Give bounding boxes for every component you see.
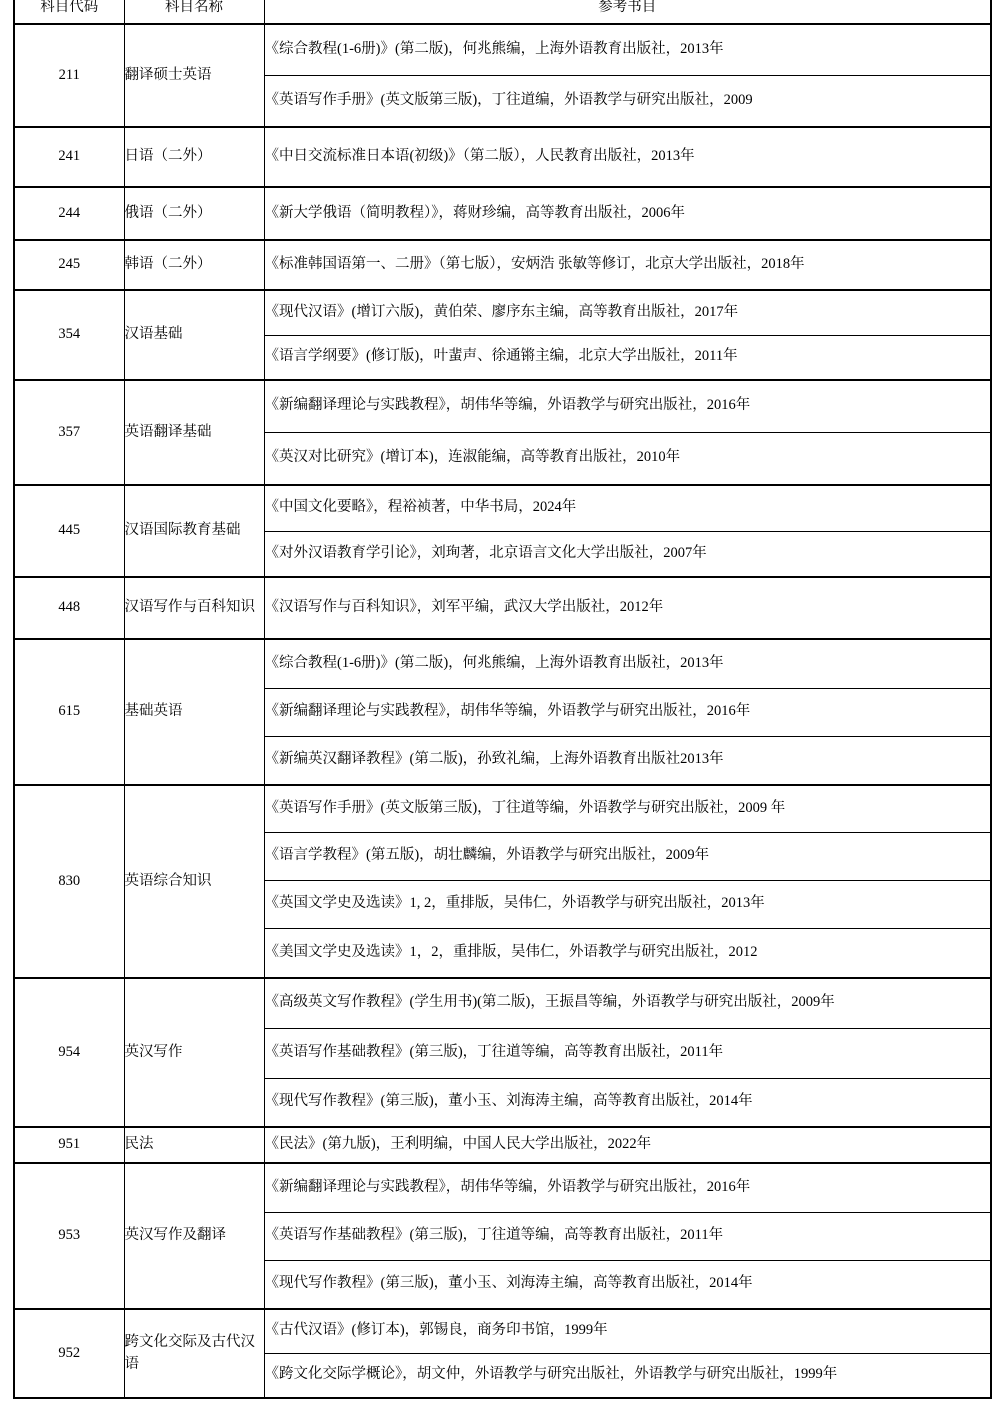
subject-name-cell: 英语综合知识 [124, 785, 264, 978]
subject-row: 211翻译硕士英语《综合教程(1-6册)》(第二版)，何兆熊编，上海外语教育出版… [14, 24, 991, 75]
subject-code-cell: 445 [14, 485, 124, 577]
subject-code-cell: 241 [14, 127, 124, 187]
page: 科目代码 科目名称 参考书目 211翻译硕士英语《综合教程(1-6册)》(第二版… [0, 0, 1004, 1408]
subject-row: 951民法《民法》(第九版)，王利明编，中国人民大学出版社，2022年 [14, 1127, 991, 1163]
col-header-subject-code: 科目代码 [14, 0, 124, 24]
subject-name-cell: 英语翻译基础 [124, 380, 264, 485]
book-reference-cell: 《新编翻译理论与实践教程》，胡伟华等编，外语教学与研究出版社，2016年 [264, 1163, 991, 1212]
subject-code-cell: 244 [14, 187, 124, 240]
subject-name-cell: 日语（二外） [124, 127, 264, 187]
book-reference-cell: 《新编英汉翻译教程》(第二版)，孙致礼编，上海外语教育出版社2013年 [264, 736, 991, 785]
subject-code-cell: 615 [14, 639, 124, 785]
book-reference-cell: 《综合教程(1-6册)》(第二版)，何兆熊编，上海外语教育出版社，2013年 [264, 24, 991, 75]
subject-row: 954英汉写作《高级英文写作教程》(学生用书)(第二版)，王振昌等编，外语教学与… [14, 978, 991, 1028]
subject-row: 445汉语国际教育基础《中国文化要略》，程裕祯著，中华书局，2024年 [14, 485, 991, 531]
subject-code-cell: 354 [14, 290, 124, 380]
subject-code-cell: 211 [14, 24, 124, 127]
col-header-reference-books: 参考书目 [264, 0, 991, 24]
subject-code-cell: 830 [14, 785, 124, 978]
book-reference-cell: 《新编翻译理论与实践教程》，胡伟华等编，外语教学与研究出版社，2016年 [264, 688, 991, 736]
subject-name-cell: 俄语（二外） [124, 187, 264, 240]
table-header-row: 科目代码 科目名称 参考书目 [14, 0, 991, 24]
book-reference-cell: 《跨文化交际学概论》，胡文仲，外语教学与研究出版社，外语教学与研究出版社，199… [264, 1353, 991, 1398]
subject-row: 244俄语（二外）《新大学俄语（简明教程）》，蒋财珍编，高等教育出版社，2006… [14, 187, 991, 240]
book-reference-cell: 《汉语写作与百科知识》，刘军平编，武汉大学出版社，2012年 [264, 577, 991, 639]
subject-row: 615基础英语《综合教程(1-6册)》(第二版)，何兆熊编，上海外语教育出版社，… [14, 639, 991, 688]
book-reference-cell: 《中国文化要略》，程裕祯著，中华书局，2024年 [264, 485, 991, 531]
subject-name-cell: 民法 [124, 1127, 264, 1163]
book-reference-cell: 《语言学纲要》(修订版)，叶蜚声、徐通锵主编，北京大学出版社，2011年 [264, 335, 991, 380]
subject-name-cell: 汉语写作与百科知识 [124, 577, 264, 639]
book-reference-cell: 《古代汉语》(修订本)，郭锡良，商务印书馆，1999年 [264, 1309, 991, 1353]
subject-name-cell: 英汉写作及翻译 [124, 1163, 264, 1309]
book-reference-cell: 《现代汉语》(增订六版)，黄伯荣、廖序东主编，高等教育出版社，2017年 [264, 290, 991, 335]
book-reference-cell: 《英汉对比研究》(增订本)，连淑能编，高等教育出版社，2010年 [264, 432, 991, 485]
subject-name-cell: 汉语基础 [124, 290, 264, 380]
subject-code-cell: 245 [14, 240, 124, 290]
book-reference-cell: 《英语写作手册》(英文版第三版)，丁往道等编，外语教学与研究出版社，2009 年 [264, 785, 991, 832]
col-header-subject-name: 科目名称 [124, 0, 264, 24]
subject-name-cell: 翻译硕士英语 [124, 24, 264, 127]
subject-row: 241日语（二外）《中日交流标准日本语(初级)》（第二版），人民教育出版社，20… [14, 127, 991, 187]
book-reference-cell: 《中日交流标准日本语(初级)》（第二版），人民教育出版社，2013年 [264, 127, 991, 187]
book-reference-cell: 《英语写作手册》(英文版第三版)，丁往道编，外语教学与研究出版社，2009 [264, 75, 991, 127]
book-reference-cell: 《标准韩国语第一、二册》（第七版），安炳浩 张敏等修订，北京大学出版社，2018… [264, 240, 991, 290]
book-reference-cell: 《新编翻译理论与实践教程》，胡伟华等编，外语教学与研究出版社，2016年 [264, 380, 991, 432]
subject-name-cell: 跨文化交际及古代汉语 [124, 1309, 264, 1398]
book-reference-cell: 《美国文学史及选读》1，2，重排版，吴伟仁，外语教学与研究出版社，2012 [264, 928, 991, 978]
book-reference-cell: 《语言学教程》(第五版)，胡壮麟编，外语教学与研究出版社，2009年 [264, 832, 991, 880]
book-reference-cell: 《高级英文写作教程》(学生用书)(第二版)，王振昌等编，外语教学与研究出版社，2… [264, 978, 991, 1028]
book-reference-cell: 《对外汉语教育学引论》，刘珣著，北京语言文化大学出版社，2007年 [264, 531, 991, 577]
subject-row: 357英语翻译基础《新编翻译理论与实践教程》，胡伟华等编，外语教学与研究出版社，… [14, 380, 991, 432]
book-reference-cell: 《民法》(第九版)，王利明编，中国人民大学出版社，2022年 [264, 1127, 991, 1163]
subject-code-cell: 952 [14, 1309, 124, 1398]
subject-row: 245韩语（二外）《标准韩国语第一、二册》（第七版），安炳浩 张敏等修订，北京大… [14, 240, 991, 290]
reference-books-table: 科目代码 科目名称 参考书目 211翻译硕士英语《综合教程(1-6册)》(第二版… [13, 0, 992, 1399]
book-reference-cell: 《现代写作教程》(第三版)，董小玉、刘海涛主编，高等教育出版社，2014年 [264, 1078, 991, 1127]
book-reference-cell: 《综合教程(1-6册)》(第二版)，何兆熊编，上海外语教育出版社，2013年 [264, 639, 991, 688]
book-reference-cell: 《新大学俄语（简明教程）》，蒋财珍编，高等教育出版社，2006年 [264, 187, 991, 240]
book-reference-cell: 《英国文学史及选读》1, 2，重排版，吴伟仁，外语教学与研究出版社，2013年 [264, 880, 991, 928]
subject-name-cell: 韩语（二外） [124, 240, 264, 290]
subject-row: 952跨文化交际及古代汉语《古代汉语》(修订本)，郭锡良，商务印书馆，1999年 [14, 1309, 991, 1353]
subject-code-cell: 448 [14, 577, 124, 639]
subject-row: 354汉语基础《现代汉语》(增订六版)，黄伯荣、廖序东主编，高等教育出版社，20… [14, 290, 991, 335]
subject-code-cell: 954 [14, 978, 124, 1127]
subject-code-cell: 357 [14, 380, 124, 485]
book-reference-cell: 《英语写作基础教程》(第三版)，丁往道等编，高等教育出版社，2011年 [264, 1028, 991, 1078]
subject-row: 953英汉写作及翻译《新编翻译理论与实践教程》，胡伟华等编，外语教学与研究出版社… [14, 1163, 991, 1212]
subject-name-cell: 基础英语 [124, 639, 264, 785]
subject-name-cell: 英汉写作 [124, 978, 264, 1127]
subject-code-cell: 953 [14, 1163, 124, 1309]
subject-row: 830英语综合知识《英语写作手册》(英文版第三版)，丁往道等编，外语教学与研究出… [14, 785, 991, 832]
subject-name-cell: 汉语国际教育基础 [124, 485, 264, 577]
subject-row: 448汉语写作与百科知识《汉语写作与百科知识》，刘军平编，武汉大学出版社，201… [14, 577, 991, 639]
subject-code-cell: 951 [14, 1127, 124, 1163]
book-reference-cell: 《现代写作教程》(第三版)，董小玉、刘海涛主编，高等教育出版社，2014年 [264, 1260, 991, 1309]
book-reference-cell: 《英语写作基础教程》(第三版)，丁往道等编，高等教育出版社，2011年 [264, 1212, 991, 1260]
